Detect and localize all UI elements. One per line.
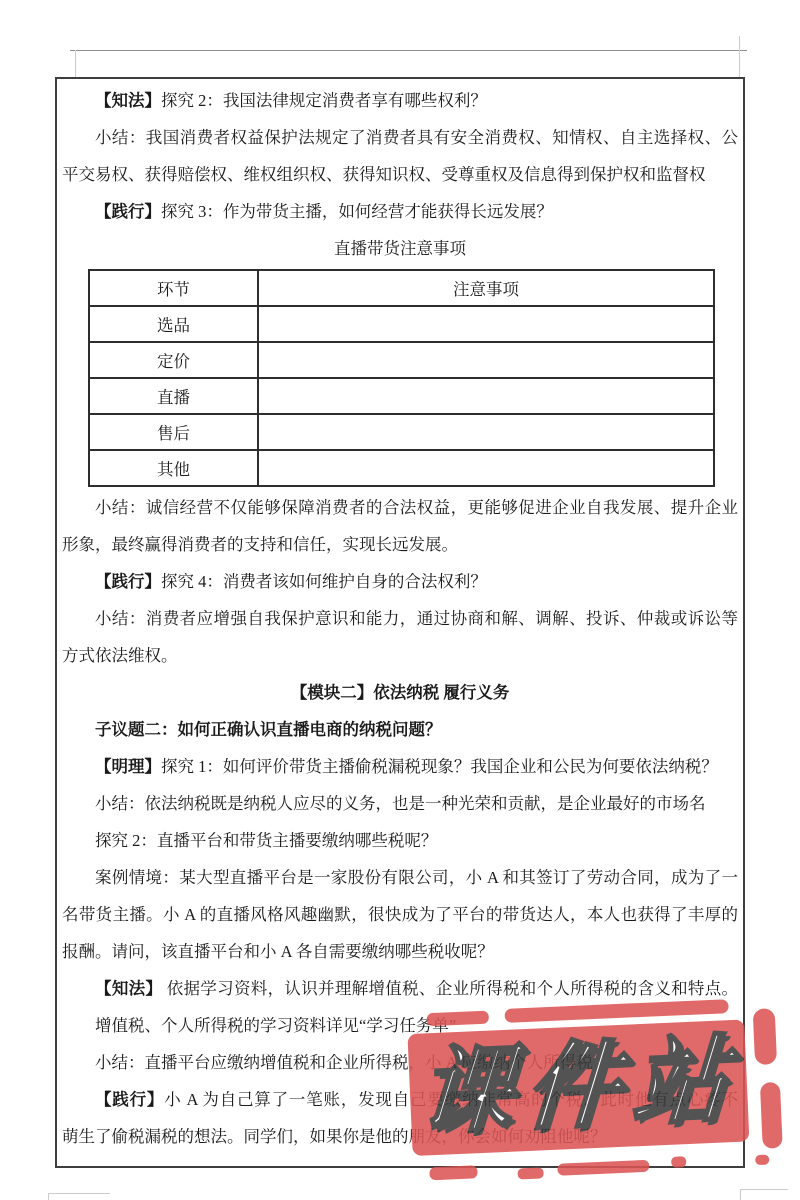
paragraph-line: 【知法】 依据学习资料，认识并理解增值税、企业所得税和个人所得税的含义和特点。 xyxy=(62,970,738,1007)
section-tag: 【践行】 xyxy=(95,1090,164,1109)
text-run: 形象，最终赢得消费者的支持和信任，实现长远发展。 xyxy=(62,535,458,554)
text-run: 【模块二】依法纳税 履行义务 xyxy=(291,683,510,702)
table-cell: 选品 xyxy=(89,306,258,342)
text-run: 依据学习资料，认识并理解增值税、企业所得税和个人所得税的含义和特点。 xyxy=(162,979,738,998)
paragraph-line: 小结：诚信经营不仅能够保障消费者的合法权益，更能够促进企业自我发展、提升企业 xyxy=(62,489,738,526)
section-tag: 【知法】 xyxy=(95,979,162,998)
paragraph-line: 【践行】探究 3：作为带货主播，如何经营才能获得长远发展？ xyxy=(62,193,738,230)
paragraph-line: 【践行】探究 4：消费者该如何维护自身的合法权利？ xyxy=(62,563,738,600)
paragraph-line: 【知法】探究 2：我国法律规定消费者享有哪些权利？ xyxy=(62,82,738,119)
section-tag: 【践行】 xyxy=(95,202,161,221)
paragraph-line: 小结：我国消费者权益保护法规定了消费者具有安全消费权、知情权、自主选择权、公 xyxy=(62,119,738,156)
table-cell xyxy=(258,342,714,378)
paragraph-line: 增值税、个人所得税的学习资料详见“学习任务单” xyxy=(62,1007,738,1044)
module-heading: 【模块二】依法纳税 履行义务 xyxy=(62,674,738,711)
text-run: 案例情境：某大型直播平台是一家股份有限公司，小 A 和其签订了劳动合同，成为了一 xyxy=(95,868,738,887)
stamp-frame-stroke xyxy=(753,1008,777,1065)
text-boundary-mark xyxy=(48,1193,49,1200)
text-run: 探究 4：消费者该如何维护自身的合法权利？ xyxy=(161,572,487,591)
paragraph-line: 萌生了偷税漏税的想法。同学们，如果你是他的朋友，你会如何劝阻他呢？ xyxy=(62,1118,738,1155)
table-row: 选品 xyxy=(89,306,714,342)
table-title: 直播带货注意事项 xyxy=(62,230,738,267)
table-row: 定价 xyxy=(89,342,714,378)
page-border-frame: 【知法】探究 2：我国法律规定消费者享有哪些权利？小结：我国消费者权益保护法规定… xyxy=(55,77,745,1168)
table-row: 其他 xyxy=(89,450,714,486)
document-content: 【知法】探究 2：我国法律规定消费者享有哪些权利？小结：我国消费者权益保护法规定… xyxy=(57,79,743,1166)
paragraph-line: 小结：依法纳税既是纳税人应尽的义务，也是一种光荣和贡献，是企业最好的市场名片。 xyxy=(62,785,738,822)
paragraph-line: 探究 2：直播平台和带货主播要缴纳哪些税呢？ xyxy=(62,822,738,859)
stamp-frame-stroke xyxy=(760,1082,783,1149)
paragraph-line: 报酬。请问，该直播平台和小 A 各自需要缴纳哪些税收呢？ xyxy=(62,933,738,970)
text-run: 报酬。请问，该直播平台和小 A 各自需要缴纳哪些税收呢？ xyxy=(62,942,494,961)
text-boundary-mark xyxy=(75,50,76,77)
notes-table: 环节注意事项选品定价直播售后其他 xyxy=(88,269,715,487)
paragraph-line: 形象，最终赢得消费者的支持和信任，实现长远发展。 xyxy=(62,526,738,563)
text-run: 探究 3：作为带货主播，如何经营才能获得长远发展？ xyxy=(161,202,553,221)
text-boundary-mark xyxy=(740,1189,788,1190)
header-separator-rule xyxy=(70,50,747,51)
text-run: 平交易权、获得赔偿权、维权组织权、获得知识权、受尊重权及信息得到保护权和监督权等… xyxy=(62,165,706,193)
text-run: 增值税、个人所得税的学习资料详见“学习任务单” xyxy=(95,1016,456,1035)
table-cell: 定价 xyxy=(89,342,258,378)
text-run: 小结：消费者应增强自我保护意识和能力，通过协商和解、调解、投诉、仲裁或诉讼等 xyxy=(95,609,738,628)
paragraph-line: 【明理】探究 1：如何评价带货主播偷税漏税现象？我国企业和公民为何要依法纳税？ xyxy=(62,748,738,785)
paragraph-line: 平交易权、获得赔偿权、维权组织权、获得知识权、受尊重权及信息得到保护权和监督权等… xyxy=(62,156,738,193)
text-run: 萌生了偷税漏税的想法。同学们，如果你是他的朋友，你会如何劝阻他呢？ xyxy=(62,1127,607,1146)
stamp-frame-stroke xyxy=(755,1155,769,1166)
subtopic-heading: 子议题二：如何正确认识直播电商的纳税问题？ xyxy=(62,711,738,748)
text-run: 直播带货注意事项 xyxy=(334,239,466,258)
text-run: 小结：直播平台应缴纳增值税和企业所得税，小 A 应缴纳个人所得税 xyxy=(95,1053,593,1072)
table-cell: 直播 xyxy=(89,378,258,414)
table-row: 直播 xyxy=(89,378,714,414)
text-run: 小结：我国消费者权益保护法规定了消费者具有安全消费权、知情权、自主选择权、公 xyxy=(95,128,738,147)
section-tag: 【明理】 xyxy=(95,757,161,776)
paragraph-line: 小结：消费者应增强自我保护意识和能力，通过协商和解、调解、投诉、仲裁或诉讼等 xyxy=(62,600,738,637)
document-page: 【知法】探究 2：我国法律规定消费者享有哪些权利？小结：我国消费者权益保护法规定… xyxy=(0,0,800,1200)
paragraph-line: 方式依法维权。 xyxy=(62,637,738,674)
table-cell xyxy=(258,306,714,342)
table-row: 售后 xyxy=(89,414,714,450)
text-boundary-mark xyxy=(740,1189,741,1200)
table-cell xyxy=(258,414,714,450)
text-run: 小 A 为自己算了一笔账，发现自己要缴纳非常高的个税，此时他有点心疼不舍， xyxy=(95,1090,738,1118)
stamp-frame-stroke xyxy=(517,1167,543,1179)
table-header-cell: 环节 xyxy=(89,270,258,306)
paragraph-line: 名带货主播。小 A 的直播风格风趣幽默，很快成为了平台的带货达人，本人也获得了丰… xyxy=(62,896,738,933)
table-cell xyxy=(258,378,714,414)
table-header-cell: 注意事项 xyxy=(258,270,714,306)
paragraph-line: 案例情境：某大型直播平台是一家股份有限公司，小 A 和其签订了劳动合同，成为了一 xyxy=(62,859,738,896)
paragraph-line: 【践行】小 A 为自己算了一笔账，发现自己要缴纳非常高的个税，此时他有点心疼不舍… xyxy=(62,1081,738,1118)
paragraph-line: 小结：直播平台应缴纳增值税和企业所得税，小 A 应缴纳个人所得税 xyxy=(62,1044,738,1081)
text-run: 探究 2：直播平台和带货主播要缴纳哪些税呢？ xyxy=(95,831,437,850)
table-cell: 其他 xyxy=(89,450,258,486)
text-run: 探究 2：我国法律规定消费者享有哪些权利？ xyxy=(161,91,487,110)
text-run: 名带货主播。小 A 的直播风格风趣幽默，很快成为了平台的带货达人，本人也获得了丰… xyxy=(62,905,738,924)
text-run: 小结：诚信经营不仅能够保障消费者的合法权益，更能够促进企业自我发展、提升企业 xyxy=(95,498,738,517)
table-cell xyxy=(258,450,714,486)
section-tag: 【践行】 xyxy=(95,572,161,591)
section-tag: 【知法】 xyxy=(95,91,161,110)
text-run: 方式依法维权。 xyxy=(62,646,178,665)
table-cell: 售后 xyxy=(89,414,258,450)
text-boundary-mark xyxy=(48,1193,110,1194)
text-run: 小结：依法纳税既是纳税人应尽的义务，也是一种光荣和贡献，是企业最好的市场名片。 xyxy=(95,794,706,822)
text-run: 探究 1：如何评价带货主播偷税漏税现象？我国企业和公民为何要依法纳税？ xyxy=(161,757,718,776)
text-run: 子议题二：如何正确认识直播电商的纳税问题？ xyxy=(95,720,442,739)
table-header-row: 环节注意事项 xyxy=(89,270,714,306)
text-boundary-mark xyxy=(739,36,740,77)
